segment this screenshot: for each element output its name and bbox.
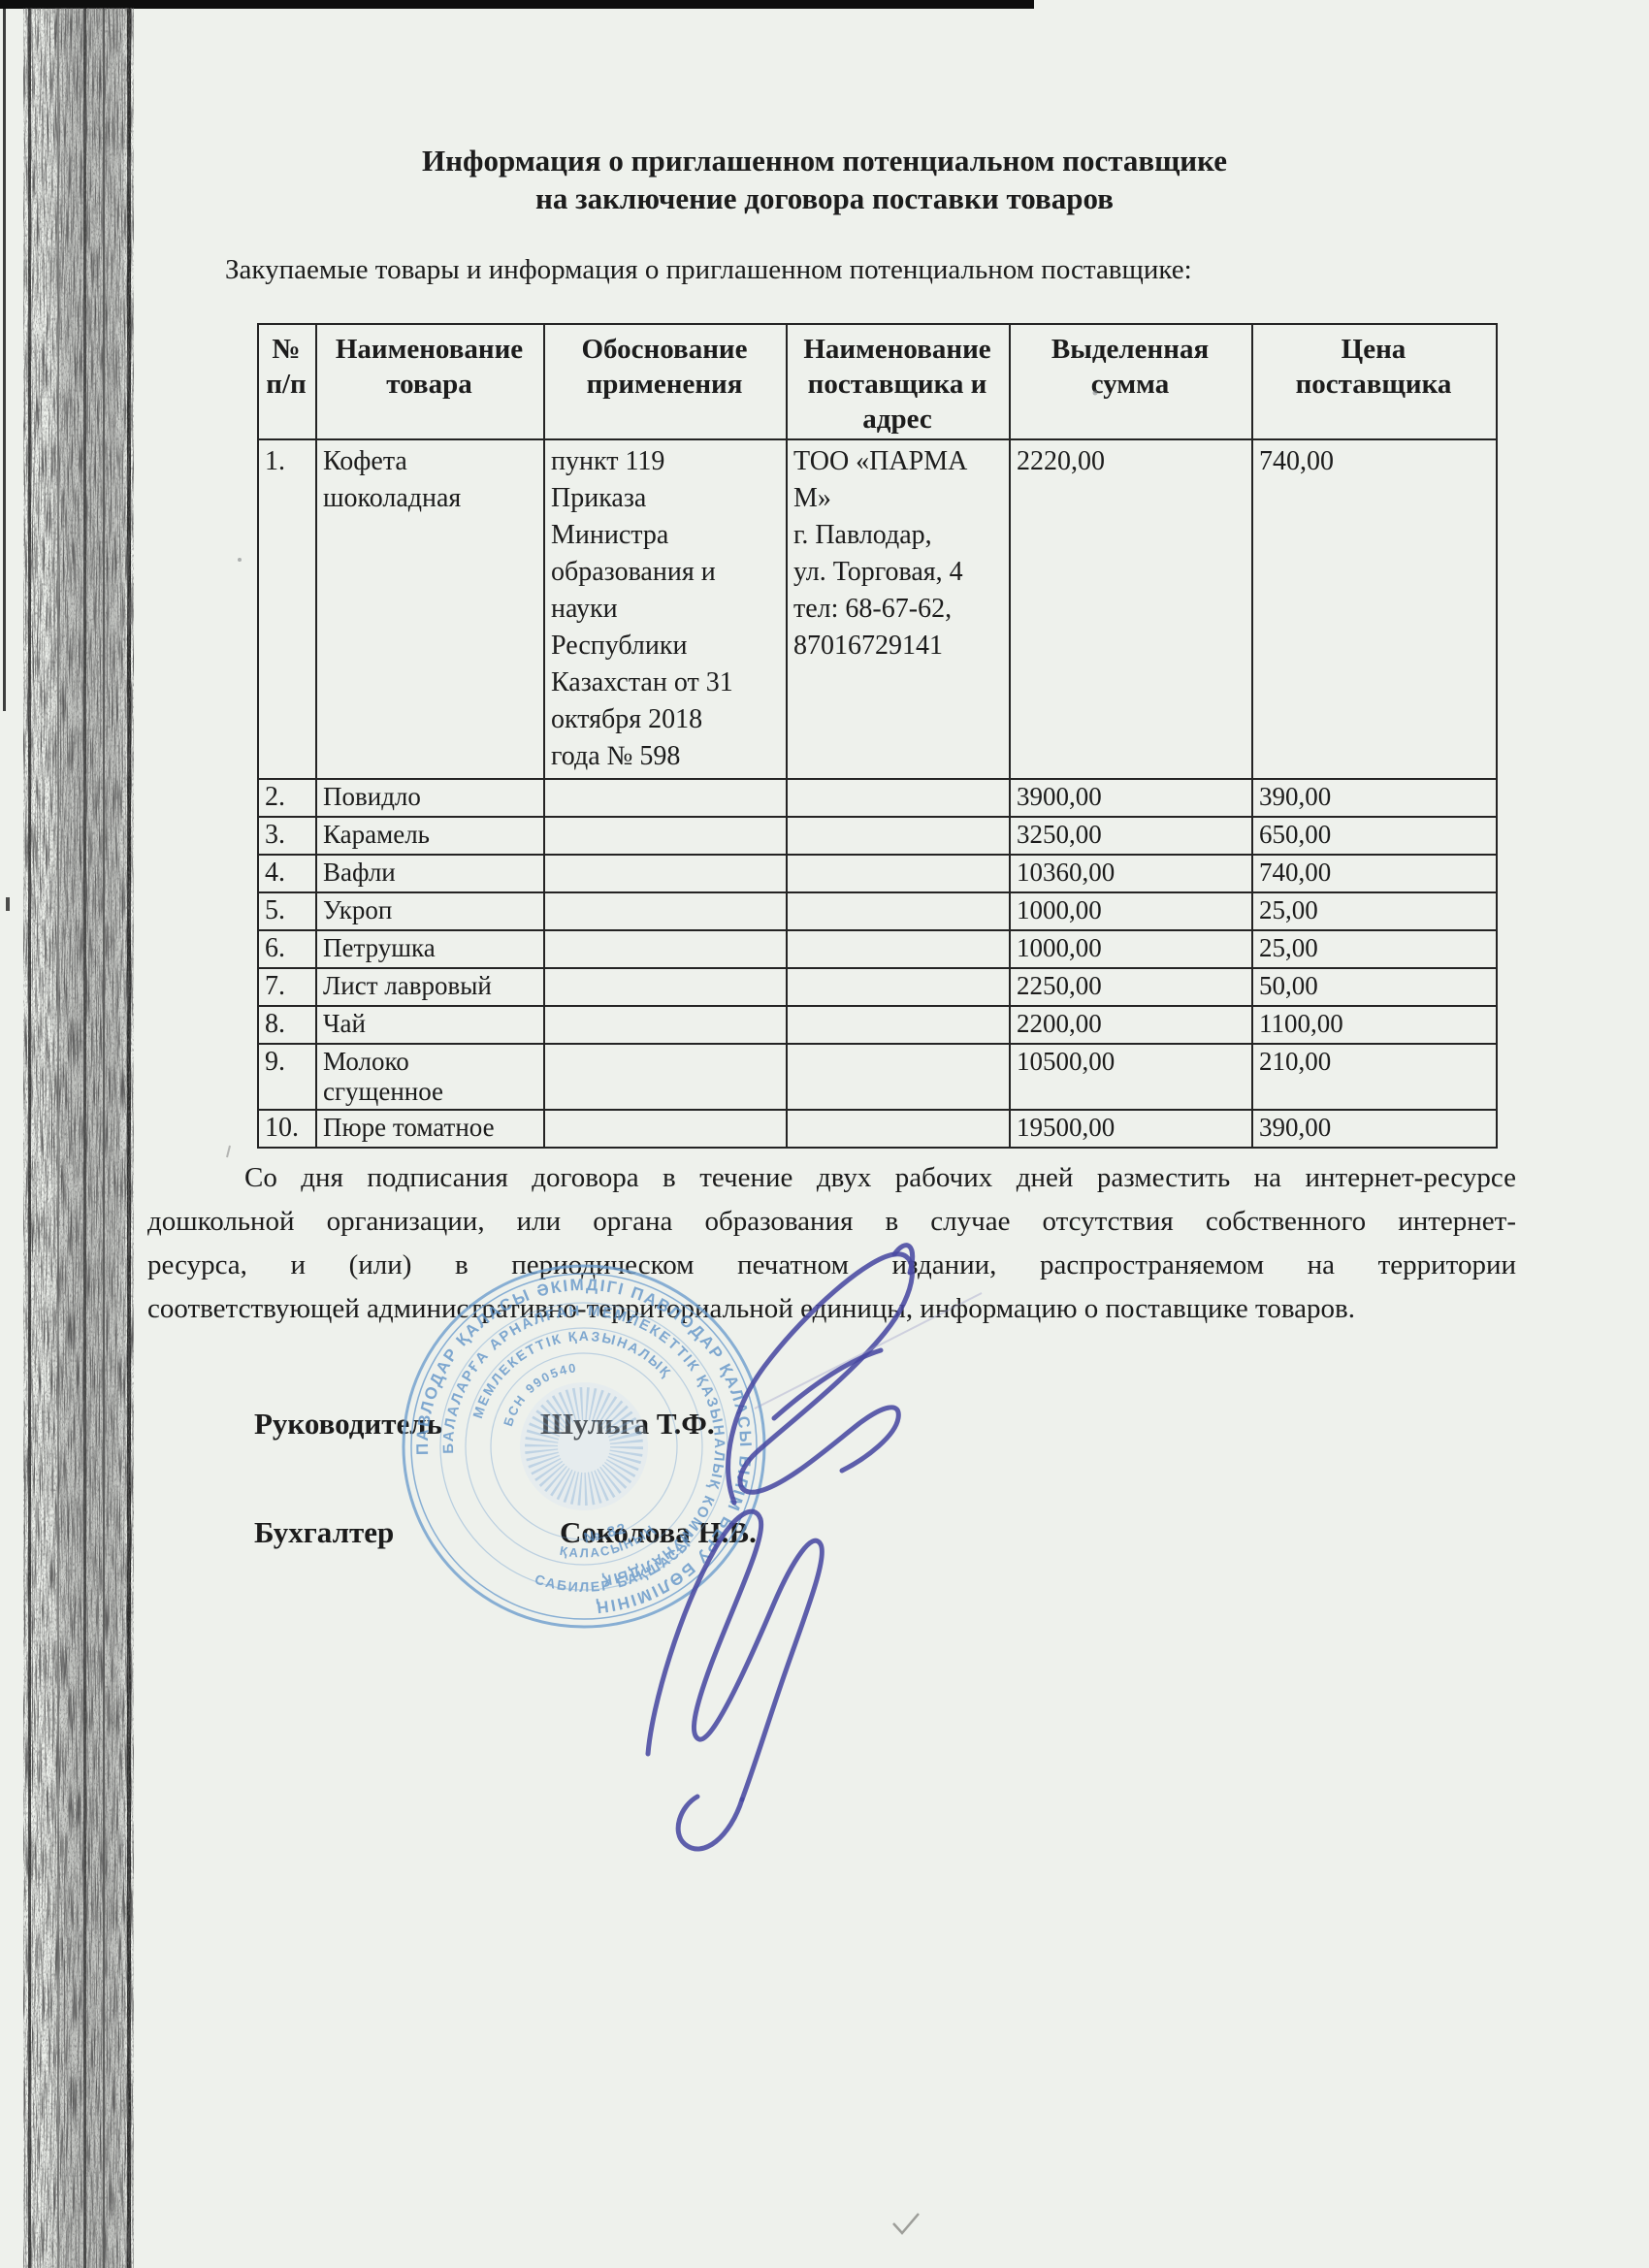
cell-number: 10.	[258, 1110, 316, 1148]
cell-number: 1.	[258, 439, 316, 779]
cell-price: 740,00	[1252, 855, 1497, 892]
cell-product: Вафли	[316, 855, 544, 892]
col-header-allocated-sum: Выделенная сумма	[1010, 324, 1252, 439]
cell-price: 210,00	[1252, 1044, 1497, 1110]
table-row: 1. Кофета шоколадная пункт 119 Приказа М…	[258, 439, 1497, 779]
cell-justification	[544, 817, 787, 855]
pencil-check-mark	[893, 2214, 919, 2233]
cell-justification	[544, 1044, 787, 1110]
cell-number: 9.	[258, 1044, 316, 1110]
cell-product: Лист лавровый	[316, 968, 544, 1006]
cell-product: Повидло	[316, 779, 544, 817]
supplier-table: № п/п Наименование товара Обоснование пр…	[257, 323, 1498, 1149]
cell-product: Петрушка	[316, 930, 544, 968]
cell-price: 25,00	[1252, 892, 1497, 930]
paragraph-line: Со дня подписания договора в течение дву…	[147, 1156, 1516, 1200]
cell-supplier	[787, 1044, 1010, 1110]
cell-supplier: ТОО «ПАРМА М» г. Павлодар, ул. Торговая,…	[787, 439, 1010, 779]
cell-allocated: 1000,00	[1010, 892, 1252, 930]
paragraph-line: дошкольной организации, или органа образ…	[147, 1200, 1516, 1244]
table-row: 7. Лист лавровый 2250,00 50,00	[258, 968, 1497, 1006]
official-stamp: ПАВЛОДАР ҚАЛАСЫ ӘКІМДІГІ ПАВЛОДАР ҚАЛАСЫ…	[393, 1247, 781, 1665]
cell-price: 390,00	[1252, 779, 1497, 817]
col-header-supplier: Наименование поставщика и адрес	[787, 324, 1010, 439]
stamp-graphic: ПАВЛОДАР ҚАЛАСЫ ӘКІМДІГІ ПАВЛОДАР ҚАЛАСЫ…	[393, 1247, 781, 1665]
document-title: Информация о приглашенном потенциальном …	[145, 142, 1503, 217]
col-header-number: № п/п	[258, 324, 316, 439]
table-row: 6. Петрушка 1000,00 25,00	[258, 930, 1497, 968]
cell-justification	[544, 930, 787, 968]
cell-price: 740,00	[1252, 439, 1497, 779]
scan-grain-texture	[23, 8, 134, 2268]
cell-allocated: 10360,00	[1010, 855, 1252, 892]
cell-supplier	[787, 1006, 1010, 1044]
accountant-signature-tail	[678, 1797, 742, 1849]
cell-price: 25,00	[1252, 930, 1497, 968]
table-row: 3. Карамель 3250,00 650,00	[258, 817, 1497, 855]
scan-edge-dot-artifact	[6, 897, 10, 911]
cell-number: 5.	[258, 892, 316, 930]
cell-allocated: 2250,00	[1010, 968, 1252, 1006]
publication-paragraph: Со дня подписания договора в течение дву…	[147, 1156, 1516, 1331]
scan-noise-strip-artifact	[23, 8, 134, 2268]
cell-allocated: 3900,00	[1010, 779, 1252, 817]
cell-allocated: 1000,00	[1010, 930, 1252, 968]
cell-product: Чай	[316, 1006, 544, 1044]
table-row: 4. Вафли 10360,00 740,00	[258, 855, 1497, 892]
col-header-product: Наименование товара	[316, 324, 544, 439]
cell-number: 7.	[258, 968, 316, 1006]
signature-role-accountant: Бухгалтер	[254, 1515, 394, 1549]
paragraph-line: соответствующей административно-территор…	[147, 1287, 1516, 1331]
cell-product: Молоко сгущенное	[316, 1044, 544, 1110]
col-header-justification: Обоснование применения	[544, 324, 787, 439]
document-title-line1: Информация о приглашенном потенциальном …	[145, 142, 1503, 179]
cell-price: 50,00	[1252, 968, 1497, 1006]
cell-number: 2.	[258, 779, 316, 817]
cell-allocated: 2200,00	[1010, 1006, 1252, 1044]
table-header-row: № п/п Наименование товара Обоснование пр…	[258, 324, 1497, 439]
cell-justification	[544, 779, 787, 817]
cell-number: 8.	[258, 1006, 316, 1044]
intro-paragraph: Закупаемые товары и информация о приглаш…	[145, 254, 1516, 286]
cell-price: 390,00	[1252, 1110, 1497, 1148]
document-title-line2: на заключение договора поставки товаров	[145, 179, 1503, 217]
table-row: 8. Чай 2200,00 1100,00	[258, 1006, 1497, 1044]
cell-number: 6.	[258, 930, 316, 968]
table-row: 2. Повидло 3900,00 390,00	[258, 779, 1497, 817]
cell-supplier	[787, 930, 1010, 968]
scan-top-edge-artifact	[0, 0, 1034, 9]
cell-justification	[544, 892, 787, 930]
cell-product: Карамель	[316, 817, 544, 855]
cell-allocated: 3250,00	[1010, 817, 1252, 855]
cell-allocated: 10500,00	[1010, 1044, 1252, 1110]
table-row: 5. Укроп 1000,00 25,00	[258, 892, 1497, 930]
cell-justification	[544, 1110, 787, 1148]
cell-supplier	[787, 1110, 1010, 1148]
cell-product: Кофета шоколадная	[316, 439, 544, 779]
cell-supplier	[787, 892, 1010, 930]
cell-product: Пюре томатное	[316, 1110, 544, 1148]
table-row: 9. Молоко сгущенное 10500,00 210,00	[258, 1044, 1497, 1110]
cell-justification	[544, 1006, 787, 1044]
cell-justification	[544, 968, 787, 1006]
cell-product: Укроп	[316, 892, 544, 930]
cell-allocated: 19500,00	[1010, 1110, 1252, 1148]
cell-number: 4.	[258, 855, 316, 892]
scan-left-line-artifact	[3, 9, 6, 711]
table-row: 10. Пюре томатное 19500,00 390,00	[258, 1110, 1497, 1148]
cell-justification	[544, 855, 787, 892]
paragraph-line: ресурса, и (или) в периодическом печатно…	[147, 1244, 1516, 1287]
cell-price: 1100,00	[1252, 1006, 1497, 1044]
scan-dot-artifact	[238, 558, 242, 562]
cell-supplier	[787, 779, 1010, 817]
cell-price: 650,00	[1252, 817, 1497, 855]
cell-allocated: 2220,00	[1010, 439, 1252, 779]
cell-supplier	[787, 817, 1010, 855]
cell-supplier	[787, 968, 1010, 1006]
cell-justification: пункт 119 Приказа Министра образования и…	[544, 439, 787, 779]
cell-number: 3.	[258, 817, 316, 855]
col-header-supplier-price: Цена поставщика	[1252, 324, 1497, 439]
cell-supplier	[787, 855, 1010, 892]
signature-row-accountant: Бухгалтер Соколова Н.В.	[254, 1515, 394, 1550]
